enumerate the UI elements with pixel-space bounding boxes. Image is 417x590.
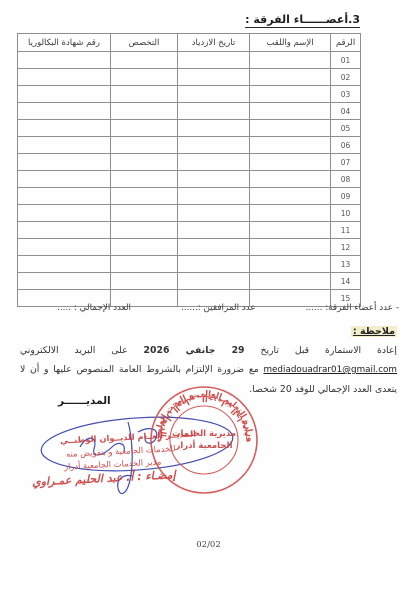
row-number-cell: 01 — [331, 52, 361, 69]
note-text-before-date: إعادة الاستمارة قبل تاريخ — [260, 345, 397, 356]
round-official-stamp: وزارة التعليم العالي و البحث العلمي الدي… — [148, 384, 260, 496]
empty-cell — [111, 188, 178, 205]
empty-cell — [111, 205, 178, 222]
empty-cell — [178, 137, 250, 154]
empty-cell — [18, 205, 111, 222]
empty-cell — [18, 239, 111, 256]
empty-cell — [18, 120, 111, 137]
empty-cell — [18, 273, 111, 290]
table-row: 07 — [18, 154, 361, 171]
empty-cell — [18, 171, 111, 188]
empty-cell — [18, 52, 111, 69]
table-row: 03 — [18, 86, 361, 103]
row-number-cell: 09 — [331, 188, 361, 205]
empty-cell — [178, 103, 250, 120]
empty-cell — [18, 222, 111, 239]
row-number-cell: 05 — [331, 120, 361, 137]
table-row: 12 — [18, 239, 361, 256]
note-heading: ملاحظة : — [351, 326, 397, 337]
stamp-center-line-2: الجامعية أدرار — [174, 439, 232, 451]
table-row: 08 — [18, 171, 361, 188]
members-table: الرقمالإسم واللقبتاريخ الازديادالتخصصرقم… — [17, 33, 361, 307]
empty-cell — [250, 239, 331, 256]
empty-cell — [18, 188, 111, 205]
empty-cell — [111, 222, 178, 239]
row-number-cell: 06 — [331, 137, 361, 154]
table-row: 01 — [18, 52, 361, 69]
table-row: 06 — [18, 137, 361, 154]
empty-cell — [250, 69, 331, 86]
table-row: 05 — [18, 120, 361, 137]
empty-cell — [250, 171, 331, 188]
empty-cell — [250, 188, 331, 205]
table-row: 14 — [18, 273, 361, 290]
row-number-cell: 02 — [331, 69, 361, 86]
empty-cell — [178, 171, 250, 188]
counts-line: - عدد أعضاء الفرقة: ...... عدد المرافقين… — [40, 303, 399, 313]
table-row: 09 — [18, 188, 361, 205]
stamp-center-line-1: مديرية الخدمات — [172, 429, 236, 439]
empty-cell — [250, 137, 331, 154]
empty-cell — [250, 52, 331, 69]
empty-cell — [111, 69, 178, 86]
empty-cell — [250, 103, 331, 120]
empty-cell — [111, 154, 178, 171]
table-row: 11 — [18, 222, 361, 239]
row-number-cell: 14 — [331, 273, 361, 290]
note-text-middle: على البريد الالكتروني — [20, 345, 128, 356]
empty-cell — [178, 273, 250, 290]
empty-cell — [111, 137, 178, 154]
stamp-star-right: ✦ — [245, 437, 251, 445]
row-number-cell: 10 — [331, 205, 361, 222]
row-number-cell: 12 — [331, 239, 361, 256]
total-count-label: العدد الإجمالي : ..... — [57, 303, 131, 313]
empty-cell — [111, 52, 178, 69]
signature-block: المديــــــر المديــر العــام للديــوان … — [20, 392, 285, 517]
column-header: الرقم — [331, 34, 361, 52]
column-header: رقم شهادة البكالوريا — [18, 34, 111, 52]
empty-cell — [111, 256, 178, 273]
section-title: 3.أعضــــــاء الفرقة : — [245, 13, 360, 28]
row-number-cell: 03 — [331, 86, 361, 103]
empty-cell — [18, 154, 111, 171]
empty-cell — [178, 222, 250, 239]
table-row: 02 — [18, 69, 361, 86]
table-row: 10 — [18, 205, 361, 222]
empty-cell — [250, 86, 331, 103]
row-number-cell: 07 — [331, 154, 361, 171]
empty-cell — [18, 103, 111, 120]
empty-cell — [178, 69, 250, 86]
empty-cell — [111, 171, 178, 188]
table-header: الرقمالإسم واللقبتاريخ الازديادالتخصصرقم… — [18, 34, 361, 52]
empty-cell — [178, 120, 250, 137]
empty-cell — [250, 273, 331, 290]
members-count-label: - عدد أعضاء الفرقة: ...... — [306, 303, 399, 313]
email-address: mediadouadrar01@gmail.com — [263, 365, 397, 375]
companions-count-label: عدد المرافقين :...... — [181, 303, 256, 313]
deadline-date: 29 جانفي 2026 — [144, 345, 245, 356]
empty-cell — [18, 137, 111, 154]
empty-cell — [250, 120, 331, 137]
empty-cell — [178, 188, 250, 205]
empty-cell — [111, 120, 178, 137]
empty-cell — [18, 86, 111, 103]
table-row: 04 — [18, 103, 361, 120]
row-number-cell: 13 — [331, 256, 361, 273]
empty-cell — [178, 52, 250, 69]
column-header: الإسم واللقب — [250, 34, 331, 52]
empty-cell — [178, 205, 250, 222]
empty-cell — [178, 239, 250, 256]
table-row: 13 — [18, 256, 361, 273]
empty-cell — [250, 256, 331, 273]
row-number-cell: 08 — [331, 171, 361, 188]
empty-cell — [111, 273, 178, 290]
stamp-star-left: ✦ — [156, 437, 162, 445]
column-header: التخصص — [111, 34, 178, 52]
empty-cell — [250, 154, 331, 171]
empty-cell — [111, 86, 178, 103]
row-number-cell: 04 — [331, 103, 361, 120]
empty-cell — [18, 256, 111, 273]
empty-cell — [178, 86, 250, 103]
empty-cell — [111, 103, 178, 120]
empty-cell — [250, 222, 331, 239]
empty-cell — [18, 69, 111, 86]
document-page: 3.أعضــــــاء الفرقة : الرقمالإسم واللقب… — [0, 0, 417, 590]
empty-cell — [178, 256, 250, 273]
empty-cell — [111, 239, 178, 256]
empty-cell — [250, 205, 331, 222]
empty-cell — [178, 154, 250, 171]
page-number: 02/02 — [0, 540, 417, 550]
column-header: تاريخ الازدياد — [178, 34, 250, 52]
row-number-cell: 11 — [331, 222, 361, 239]
